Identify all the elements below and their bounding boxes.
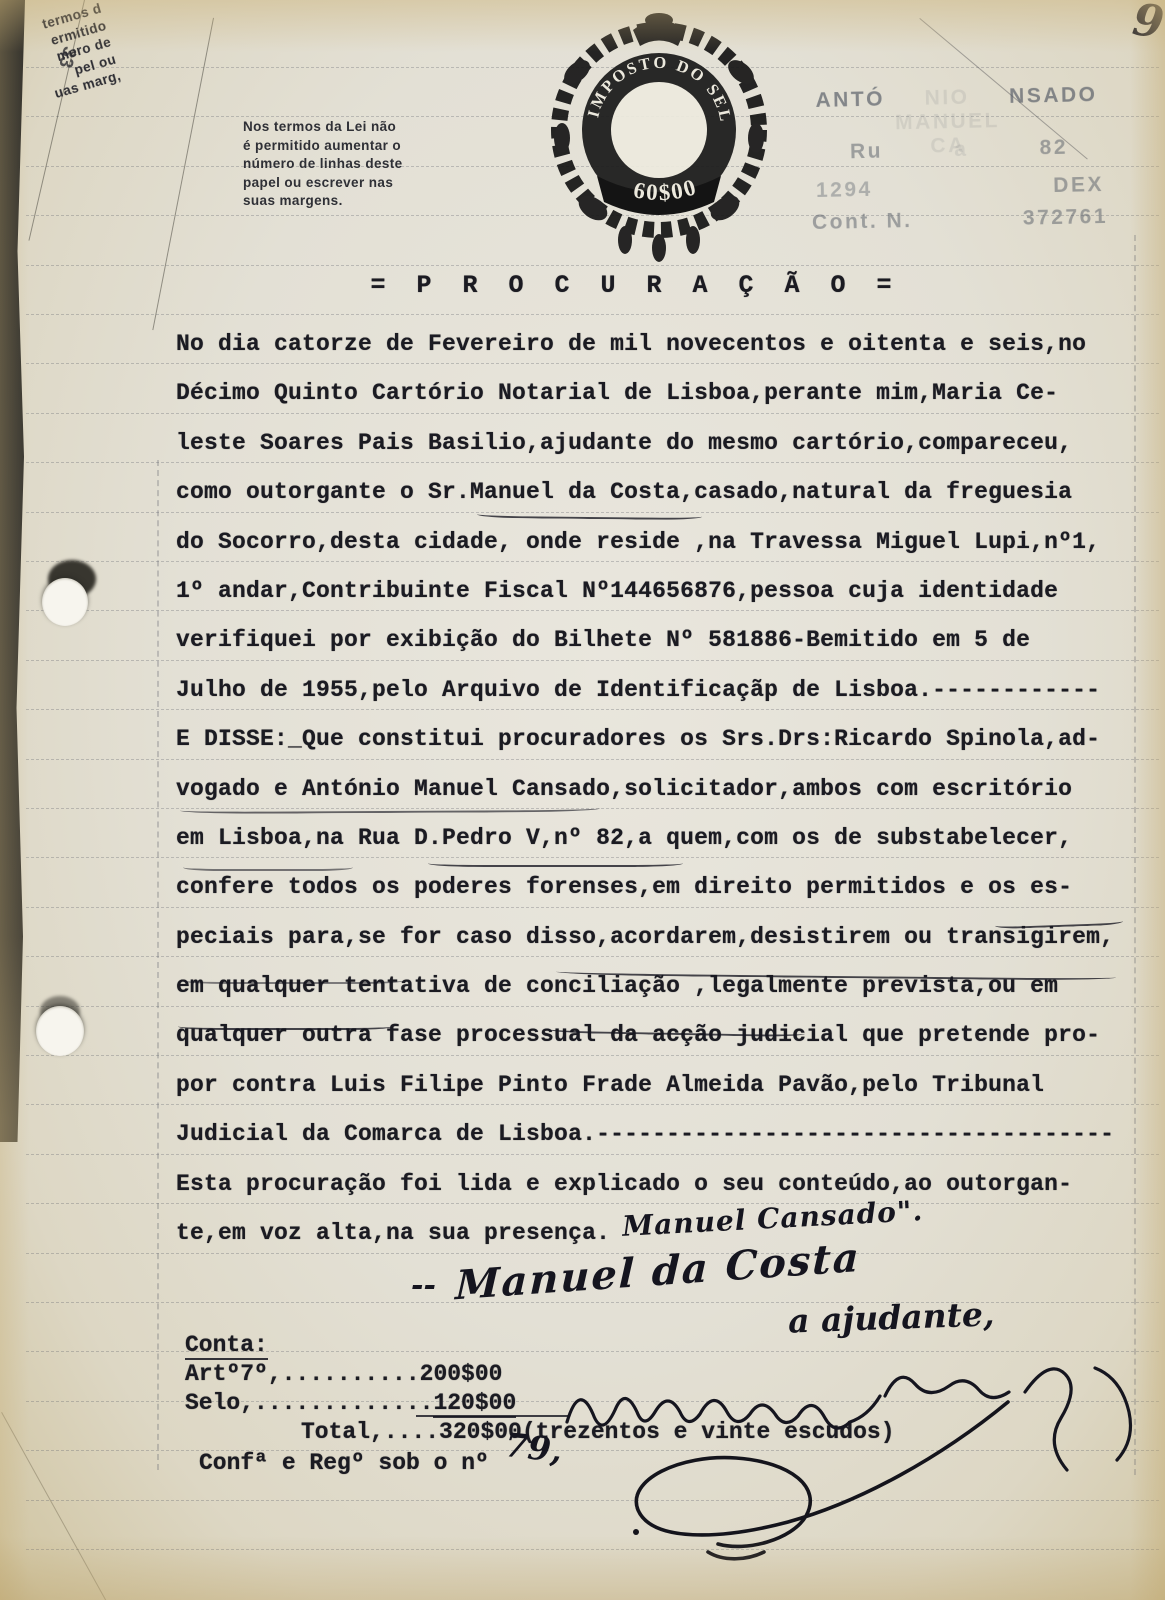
- signature-dash-prefix: --: [411, 1268, 436, 1303]
- fold-crease: [1, 1412, 107, 1600]
- body-line: verifiquei por exibição do Bilhete Nº 58…: [176, 622, 1114, 671]
- address-stamp-line2: Ru a 82: [850, 136, 1068, 165]
- ruled-line: [26, 314, 1159, 315]
- notice-line: é permitido aumentar o: [243, 137, 443, 156]
- handwritten-registry-number: 79,: [503, 1425, 564, 1470]
- address-stamp-line3: 1294 DEX: [816, 173, 1104, 203]
- body-line: por contra Luis Filipe Pinto Frade Almei…: [176, 1067, 1114, 1116]
- notice-line: suas margens.: [243, 192, 443, 211]
- account-art-value: 200$00: [420, 1361, 503, 1387]
- left-margin-rule: [157, 460, 159, 1470]
- right-margin-rule: [1134, 235, 1136, 1475]
- account-header: Conta:: [185, 1332, 268, 1360]
- signature-paraph: [560, 1390, 1030, 1580]
- address-stamp-line4: Cont. N. 372761: [812, 205, 1108, 235]
- stamp-text: Cont. N.: [812, 209, 913, 235]
- body-line: confere todos os poderes forenses,em dir…: [176, 869, 1114, 918]
- account-total-label: Total,....: [301, 1419, 439, 1445]
- handwritten-role-note: a ajudante,: [787, 1294, 995, 1340]
- seal-graphic: IMPOSTO DO SELO 60$00: [545, 10, 773, 262]
- scanned-notarial-document: termos dermitidomero depel ouuas marg, 3…: [0, 0, 1165, 1600]
- body-line: 1º andar,Contribuinte Fiscal Nº144656876…: [176, 573, 1114, 622]
- body-line: Décimo Quinto Cartório Notarial de Lisbo…: [176, 375, 1114, 424]
- pen-underline: [180, 977, 405, 984]
- stamp-text: 1294: [816, 178, 873, 203]
- account-conf-line: Confª e Regº sob o nº: [199, 1450, 489, 1476]
- account-art-line: Artº7º,..........200$00: [185, 1361, 502, 1387]
- document-title: = P R O C U R A Ç Ã O =: [0, 271, 1165, 300]
- body-line: do Socorro,desta cidade, onde reside ,na…: [176, 524, 1114, 573]
- body-line: No dia catorze de Fevereiro de mil novec…: [176, 326, 1114, 375]
- account-selo-value: 120$00: [433, 1390, 516, 1418]
- scan-edge-band: [0, 0, 25, 1142]
- notice-line: Nos termos da Lei não: [243, 118, 443, 137]
- pen-underline: [183, 864, 353, 871]
- stamp-text-faded: a: [883, 136, 1040, 163]
- body-line: peciais para,se for caso disso,acordarem…: [176, 919, 1114, 968]
- handwritten-page-number: 9: [1130, 0, 1165, 49]
- hole-punch: [42, 578, 88, 626]
- stamp-text: 372761: [1023, 205, 1109, 231]
- account-art-label: Artº7º,..........: [185, 1361, 420, 1387]
- pen-underline: [416, 1415, 568, 1417]
- hole-punch: [36, 1006, 84, 1056]
- stamp-text: DEX: [1053, 173, 1104, 198]
- body-line: leste Soares Pais Basilio,ajudante do me…: [176, 425, 1114, 474]
- body-text: No dia catorze de Fevereiro de mil novec…: [176, 326, 1114, 1264]
- stamp-text: 82: [1039, 136, 1068, 161]
- stamp-text-faded: [872, 174, 1053, 202]
- body-line: Julho de 1955,pelo Arquivo de Identifica…: [176, 672, 1114, 721]
- pen-underline: [178, 1023, 393, 1030]
- body-line: Judicial da Comarca de Lisboa.----------…: [176, 1116, 1114, 1165]
- stamp-text: Ru: [850, 140, 883, 165]
- body-line: E DISSE:_Que constitui procuradores os S…: [176, 721, 1114, 770]
- margin-notice: Nos termos da Lei nãoé permitido aumenta…: [243, 118, 443, 211]
- notice-line: número de linhas deste: [243, 155, 443, 174]
- pen-underline: [428, 860, 683, 867]
- ruled-line: [26, 265, 1159, 266]
- body-line: Esta procuração foi lida e explicado o s…: [176, 1166, 1114, 1215]
- notice-line: papel ou escrever nas: [243, 174, 443, 193]
- imposto-do-selo-seal: IMPOSTO DO SELO 60$00: [545, 10, 773, 262]
- account-selo-line: Selo,.............120$00: [185, 1390, 516, 1416]
- stamp-text-faded: [912, 207, 1023, 233]
- account-selo-label: Selo,.............: [185, 1390, 433, 1416]
